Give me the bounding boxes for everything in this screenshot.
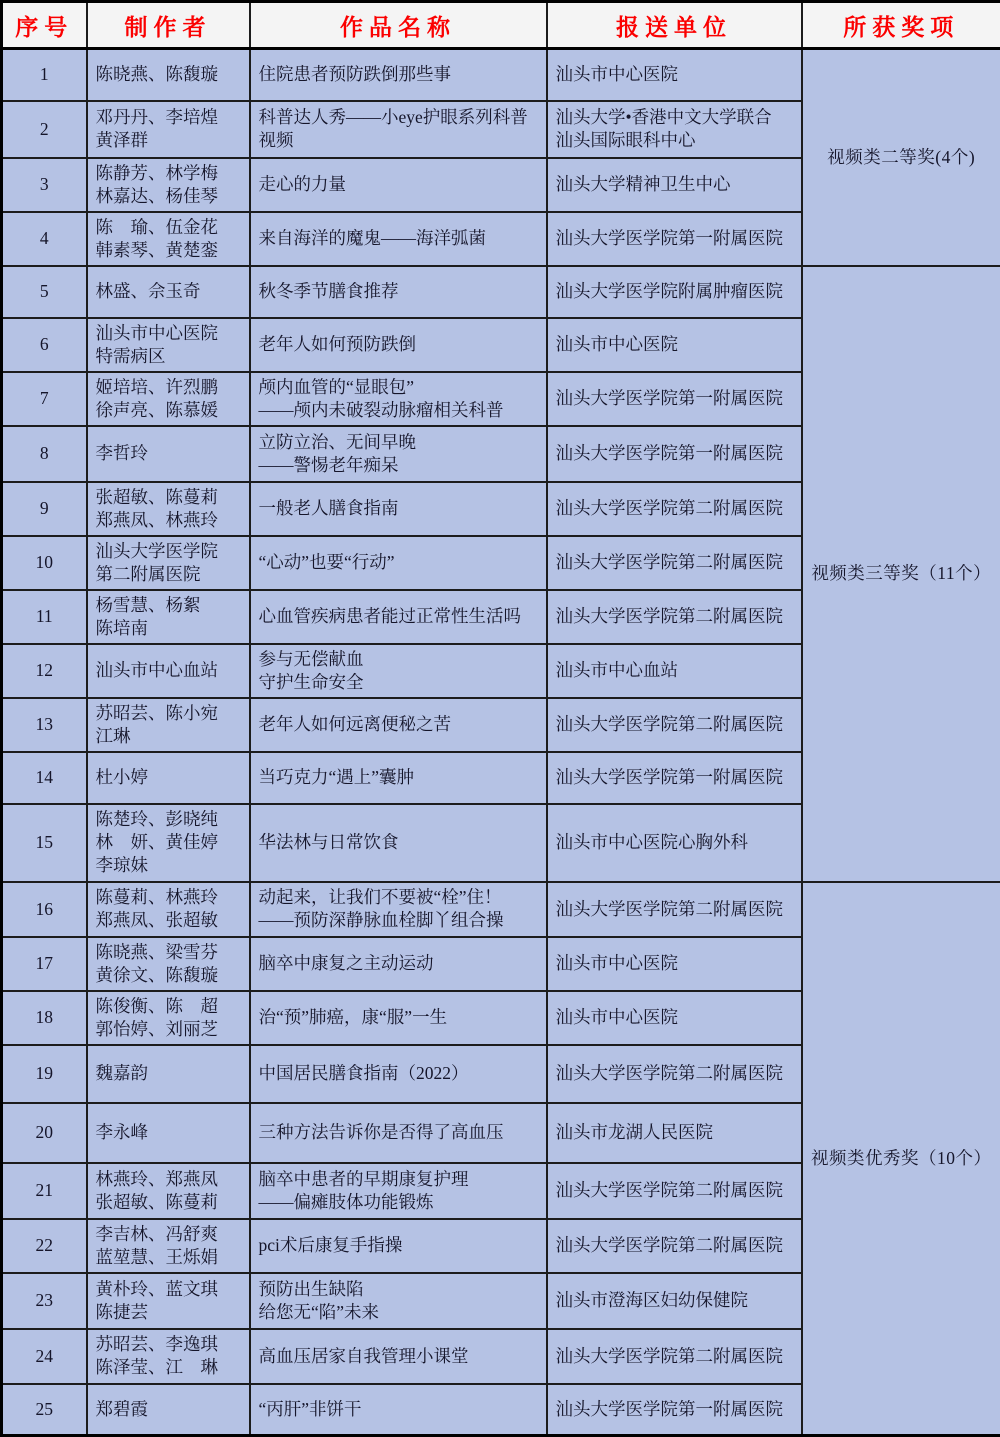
creator-cell: 姬培培、许烈鹏 徐声亮、陈慕媛 (87, 372, 250, 426)
work-title-cell: 预防出生缺陷 给您无“陷”未来 (250, 1273, 547, 1329)
work-title-cell: 当巧克力“遇上”囊肿 (250, 752, 547, 804)
row-number-cell: 3 (2, 158, 87, 212)
unit-cell: 汕头大学医学院第二附属医院 (547, 1045, 802, 1103)
row-number-cell: 9 (2, 482, 87, 536)
work-title-cell: 中国居民膳食指南（2022） (250, 1045, 547, 1103)
row-number-cell: 1 (2, 49, 87, 101)
awards-document: 序号 制作者 作品名称 报送单位 所获奖项 1陈晓燕、陈馥璇住院患者预防跌倒那些… (0, 0, 1000, 1437)
work-title-cell: “丙肝”非饼干 (250, 1384, 547, 1436)
unit-cell: 汕头大学•香港中文大学联合 汕头国际眼科中心 (547, 101, 802, 158)
unit-cell: 汕头大学医学院第二附属医院 (547, 590, 802, 644)
unit-cell: 汕头市中心医院 (547, 49, 802, 101)
work-title-cell: 治“预”肺癌，康“服”一生 (250, 991, 547, 1045)
unit-cell: 汕头市中心医院 (547, 318, 802, 372)
row-number-cell: 16 (2, 882, 87, 937)
work-title-cell: 参与无偿献血 守护生命安全 (250, 644, 547, 698)
unit-cell: 汕头大学医学院第二附属医院 (547, 536, 802, 590)
row-number-cell: 20 (2, 1103, 87, 1163)
award-cell: 视频类三等奖（11个） (802, 266, 1000, 882)
header-creator: 制作者 (87, 2, 250, 49)
work-title-cell: 脑卒中康复之主动运动 (250, 937, 547, 991)
row-number-cell: 10 (2, 536, 87, 590)
creator-cell: 林燕玲、郑燕凤 张超敏、陈蔓莉 (87, 1163, 250, 1219)
unit-cell: 汕头市中心医院 (547, 991, 802, 1045)
row-number-cell: 12 (2, 644, 87, 698)
row-number-cell: 14 (2, 752, 87, 804)
row-number-cell: 2 (2, 101, 87, 158)
unit-cell: 汕头大学医学院第二附属医院 (547, 482, 802, 536)
work-title-cell: 脑卒中患者的早期康复护理 ——偏瘫肢体功能锻炼 (250, 1163, 547, 1219)
row-number-cell: 17 (2, 937, 87, 991)
row-number-cell: 25 (2, 1384, 87, 1436)
unit-cell: 汕头市中心医院 (547, 937, 802, 991)
unit-cell: 汕头大学医学院第二附属医院 (547, 1219, 802, 1273)
creator-cell: 李吉林、冯舒爽 蓝堃慧、王烁娟 (87, 1219, 250, 1273)
row-number-cell: 5 (2, 266, 87, 318)
award-cell: 视频类二等奖(4个) (802, 49, 1000, 266)
table-row: 16陈蔓莉、林燕玲 郑燕凤、张超敏动起来，让我们不要被“栓”住！ ——预防深静脉… (2, 882, 1000, 937)
work-title-cell: 一般老人膳食指南 (250, 482, 547, 536)
row-number-cell: 15 (2, 804, 87, 882)
creator-cell: 陈 瑜、伍金花 韩素琴、黄楚銮 (87, 212, 250, 266)
work-title-cell: 华法林与日常饮食 (250, 804, 547, 882)
creator-cell: 汕头市中心血站 (87, 644, 250, 698)
creator-cell: 黄朴玲、蓝文琪 陈捷芸 (87, 1273, 250, 1329)
creator-cell: 魏嘉韵 (87, 1045, 250, 1103)
creator-cell: 陈晓燕、梁雪芬 黄徐文、陈馥璇 (87, 937, 250, 991)
unit-cell: 汕头市龙湖人民医院 (547, 1103, 802, 1163)
header-serial-number: 序号 (2, 2, 87, 49)
table-row: 1陈晓燕、陈馥璇住院患者预防跌倒那些事汕头市中心医院视频类二等奖(4个) (2, 49, 1000, 101)
creator-cell: 林盛、佘玉奇 (87, 266, 250, 318)
work-title-cell: 住院患者预防跌倒那些事 (250, 49, 547, 101)
work-title-cell: “心动”也要“行动” (250, 536, 547, 590)
unit-cell: 汕头大学精神卫生中心 (547, 158, 802, 212)
row-number-cell: 4 (2, 212, 87, 266)
unit-cell: 汕头大学医学院第一附属医院 (547, 426, 802, 482)
work-title-cell: 心血管疾病患者能过正常性生活吗 (250, 590, 547, 644)
creator-cell: 陈蔓莉、林燕玲 郑燕凤、张超敏 (87, 882, 250, 937)
header-submitting-unit: 报送单位 (547, 2, 802, 49)
unit-cell: 汕头大学医学院附属肿瘤医院 (547, 266, 802, 318)
table-row: 5林盛、佘玉奇秋冬季节膳食推荐汕头大学医学院附属肿瘤医院视频类三等奖（11个） (2, 266, 1000, 318)
table-header-row: 序号 制作者 作品名称 报送单位 所获奖项 (2, 2, 1000, 49)
work-title-cell: 老年人如何预防跌倒 (250, 318, 547, 372)
header-work-title: 作品名称 (250, 2, 547, 49)
unit-cell: 汕头大学医学院第二附属医院 (547, 698, 802, 752)
award-cell: 视频类优秀奖（10个） (802, 882, 1000, 1436)
creator-cell: 李永峰 (87, 1103, 250, 1163)
creator-cell: 陈楚玲、彭晓纯 林 妍、黄佳婷 李琼妹 (87, 804, 250, 882)
row-number-cell: 18 (2, 991, 87, 1045)
row-number-cell: 13 (2, 698, 87, 752)
work-title-cell: 高血压居家自我管理小课堂 (250, 1329, 547, 1384)
work-title-cell: pci术后康复手指操 (250, 1219, 547, 1273)
row-number-cell: 22 (2, 1219, 87, 1273)
work-title-cell: 立防立治、无间早晚 ——警惕老年痴呆 (250, 426, 547, 482)
creator-cell: 杨雪慧、杨絮 陈培南 (87, 590, 250, 644)
row-number-cell: 24 (2, 1329, 87, 1384)
unit-cell: 汕头大学医学院第一附属医院 (547, 212, 802, 266)
creator-cell: 苏昭芸、陈小宛 江琳 (87, 698, 250, 752)
creator-cell: 邓丹丹、李培煌 黄泽群 (87, 101, 250, 158)
work-title-cell: 老年人如何远离便秘之苦 (250, 698, 547, 752)
row-number-cell: 8 (2, 426, 87, 482)
row-number-cell: 21 (2, 1163, 87, 1219)
row-number-cell: 7 (2, 372, 87, 426)
unit-cell: 汕头市澄海区妇幼保健院 (547, 1273, 802, 1329)
creator-cell: 汕头大学医学院 第二附属医院 (87, 536, 250, 590)
creator-cell: 杜小婷 (87, 752, 250, 804)
creator-cell: 陈静芳、林学梅 林嘉达、杨佳琴 (87, 158, 250, 212)
table-body: 1陈晓燕、陈馥璇住院患者预防跌倒那些事汕头市中心医院视频类二等奖(4个)2邓丹丹… (2, 49, 1000, 1436)
awards-table: 序号 制作者 作品名称 报送单位 所获奖项 1陈晓燕、陈馥璇住院患者预防跌倒那些… (0, 0, 1000, 1437)
work-title-cell: 来自海洋的魔鬼——海洋弧菌 (250, 212, 547, 266)
unit-cell: 汕头大学医学院第二附属医院 (547, 1329, 802, 1384)
unit-cell: 汕头大学医学院第一附属医院 (547, 372, 802, 426)
work-title-cell: 动起来，让我们不要被“栓”住！ ——预防深静脉血栓脚丫组合操 (250, 882, 547, 937)
work-title-cell: 科普达人秀——小eye护眼系列科普 视频 (250, 101, 547, 158)
creator-cell: 苏昭芸、李逸琪 陈泽莹、江 琳 (87, 1329, 250, 1384)
work-title-cell: 秋冬季节膳食推荐 (250, 266, 547, 318)
unit-cell: 汕头大学医学院第一附属医院 (547, 752, 802, 804)
unit-cell: 汕头大学医学院第二附属医院 (547, 1163, 802, 1219)
work-title-cell: 颅内血管的“显眼包” ——颅内未破裂动脉瘤相关科普 (250, 372, 547, 426)
creator-cell: 郑碧霞 (87, 1384, 250, 1436)
header-award: 所获奖项 (802, 2, 1000, 49)
unit-cell: 汕头大学医学院第一附属医院 (547, 1384, 802, 1436)
unit-cell: 汕头大学医学院第二附属医院 (547, 882, 802, 937)
creator-cell: 张超敏、陈蔓莉 郑燕凤、林燕玲 (87, 482, 250, 536)
row-number-cell: 11 (2, 590, 87, 644)
creator-cell: 陈俊衡、陈 超 郭怡婷、刘丽芝 (87, 991, 250, 1045)
creator-cell: 汕头市中心医院 特需病区 (87, 318, 250, 372)
unit-cell: 汕头市中心血站 (547, 644, 802, 698)
row-number-cell: 6 (2, 318, 87, 372)
unit-cell: 汕头市中心医院心胸外科 (547, 804, 802, 882)
work-title-cell: 三种方法告诉你是否得了高血压 (250, 1103, 547, 1163)
work-title-cell: 走心的力量 (250, 158, 547, 212)
row-number-cell: 23 (2, 1273, 87, 1329)
creator-cell: 陈晓燕、陈馥璇 (87, 49, 250, 101)
row-number-cell: 19 (2, 1045, 87, 1103)
creator-cell: 李哲玲 (87, 426, 250, 482)
